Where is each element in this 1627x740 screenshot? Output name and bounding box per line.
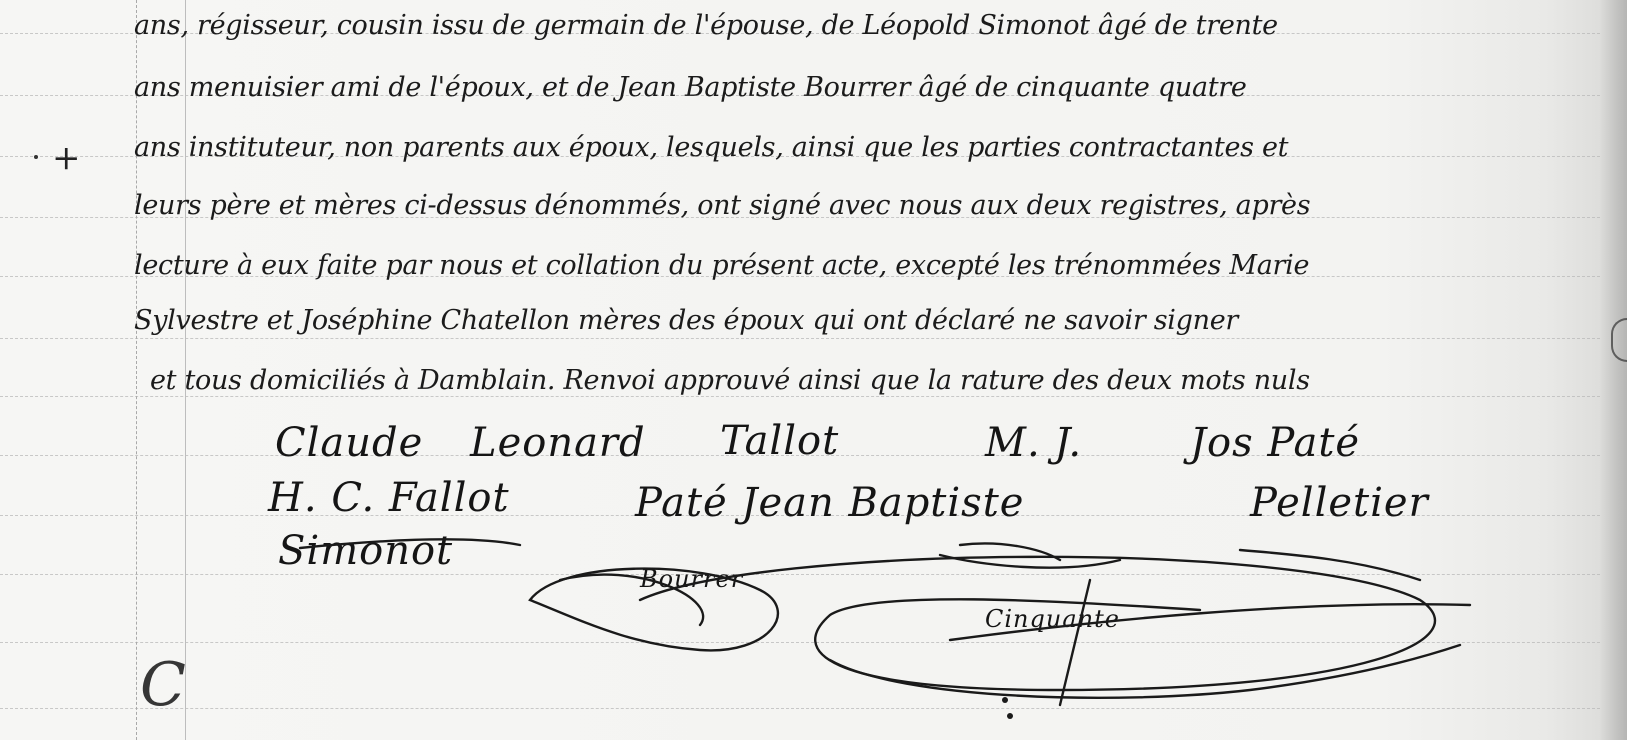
text-line-4: leurs père et mères ci-dessus dénommés, …: [134, 190, 1310, 221]
signature-tallot: Tallot: [720, 418, 839, 464]
signature-bourrer: Bourrer: [640, 565, 743, 593]
ruled-line: [0, 396, 1600, 397]
signature-leonard: Leonard: [470, 420, 646, 466]
text-line-2: ans menuisier ami de l'époux, et de Jean…: [134, 72, 1247, 103]
register-page: + ans, régisseur, cousin issu de germain…: [0, 0, 1627, 740]
ruled-line: [0, 642, 1600, 643]
text-line-5: lecture à eux faite par nous et collatio…: [134, 250, 1309, 281]
margin-line: [136, 0, 137, 740]
binding-mark: [1611, 318, 1627, 362]
text-line-1: ans, régisseur, cousin issu de germain d…: [134, 10, 1278, 41]
margin-dot: [34, 155, 38, 159]
margin-note: +: [52, 138, 81, 178]
ruled-line: [0, 338, 1600, 339]
text-line-7: et tous domiciliés à Damblain. Renvoi ap…: [150, 365, 1310, 396]
signature-pelletier: Pelletier: [1250, 480, 1429, 526]
text-line-3: ans instituteur, non parents aux époux, …: [134, 132, 1288, 163]
signature-simonot: Simonot: [278, 528, 453, 574]
signature-hc-fallot: H. C. Fallot: [268, 475, 510, 521]
text-line-6: Sylvestre et Joséphine Chatellon mères d…: [134, 305, 1238, 336]
page-edge-shadow: [1599, 0, 1627, 740]
signature-pate-jean-baptiste: Paté Jean Baptiste: [635, 480, 1024, 526]
ruled-line: [0, 574, 1600, 575]
signature-mj: M. J.: [985, 420, 1082, 466]
signature-cinquante: Cinquante: [985, 605, 1120, 633]
signature-jos-pate: Jos Paté: [1190, 420, 1360, 466]
ruled-line: [0, 708, 1600, 709]
signature-claude: Claude: [275, 420, 423, 466]
next-entry-fragment: C: [140, 650, 186, 720]
